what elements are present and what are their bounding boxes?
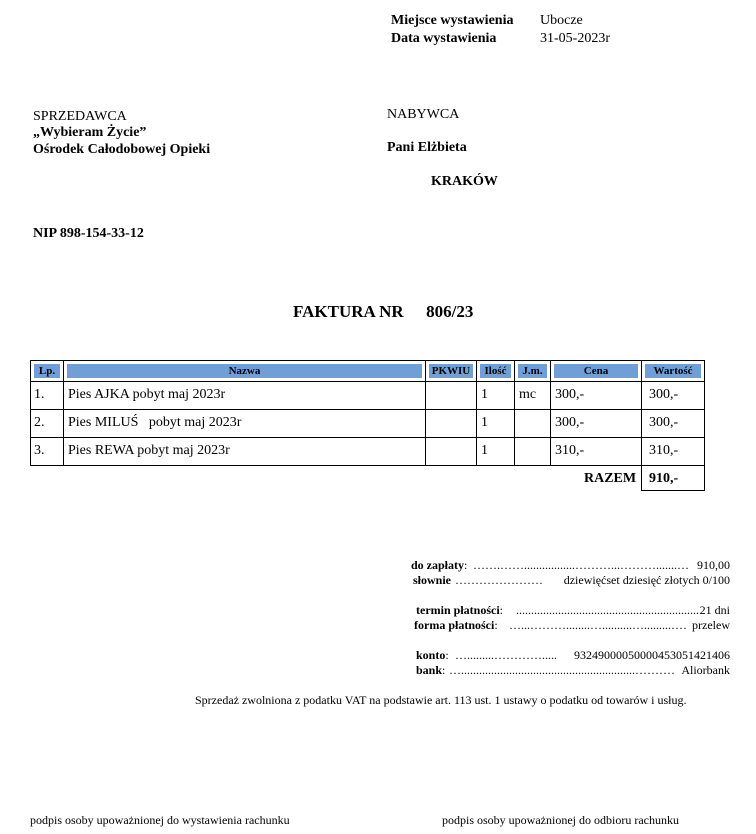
row2-lp: 2. <box>34 415 45 431</box>
total-border-bottom <box>641 490 705 491</box>
bank-label: bank <box>416 663 442 677</box>
invoice-title-label: FAKTURA NR <box>293 302 404 321</box>
table-row-divider <box>30 465 705 466</box>
header-jm: J.m. <box>518 364 547 378</box>
table-row-divider <box>30 437 705 438</box>
row1-unit: mc <box>519 387 536 403</box>
total-label: RAZEM <box>584 471 636 487</box>
row1-name: Pies AJKA pobyt maj 2023r <box>68 387 225 403</box>
table-border-right <box>704 360 705 491</box>
buyer-city: KRAKÓW <box>431 174 498 190</box>
seller-name-line1: „Wybieram Życie” <box>33 125 146 141</box>
row3-qty: 1 <box>481 443 488 459</box>
row1-price: 300,- <box>555 387 584 403</box>
dot-leader: ........................................… <box>516 603 700 618</box>
method-label: forma płatności <box>414 618 494 632</box>
row1-value: 300,- <box>649 387 678 403</box>
account-value: 93249000050000453051421406 <box>574 648 730 663</box>
account-row: konto: ….........…………...................… <box>416 648 730 663</box>
header-ilosc: Ilość <box>480 364 511 378</box>
vat-exemption-note: Sprzedaż zwolniona z podatku VAT na pods… <box>195 693 686 708</box>
row2-name: Pies MILUŚ pobyt maj 2023r <box>68 415 241 431</box>
place-label: Miejsce wystawienia <box>391 13 513 29</box>
words-row: słownie………………………....... dziewięćset dzie… <box>413 573 730 588</box>
row3-name: Pies REWA pobyt maj 2023r <box>68 443 230 459</box>
seller-name-line2: Ośrodek Całodobowej Opieki <box>33 142 210 158</box>
row2-value: 300,- <box>649 415 678 431</box>
date-value: 31-05-2023r <box>540 31 610 47</box>
term-row: termin płatności: ......................… <box>416 603 730 618</box>
place-value: Ubocze <box>540 13 583 29</box>
seller-nip: NIP 898-154-33-12 <box>33 226 144 242</box>
header-nazwa: Nazwa <box>67 364 422 378</box>
column-divider <box>514 360 515 466</box>
table-row-divider <box>30 409 705 410</box>
seller-heading: SPRZEDAWCA <box>33 109 127 125</box>
receiver-signature-label: podpis osoby upoważnionej do odbioru rac… <box>442 813 679 828</box>
words-value: dziewięćset dziesięć złotych 0/100 <box>564 573 730 588</box>
header-pkwiu: PKWIU <box>429 364 473 378</box>
column-divider <box>425 360 426 466</box>
method-row: forma płatności: …...………........….......… <box>414 618 730 633</box>
header-cena: Cena <box>554 364 638 378</box>
table-border-left <box>30 360 31 466</box>
dot-leader: ….........…………....................... <box>455 648 556 663</box>
due-value: 910,00 <box>697 558 730 573</box>
total-value: 910,- <box>649 471 678 487</box>
issuer-signature-label: podpis osoby upoważnionej do wystawienia… <box>30 813 290 828</box>
row1-lp: 1. <box>34 387 45 403</box>
column-divider <box>550 360 551 466</box>
row1-qty: 1 <box>481 387 488 403</box>
dot-leader: ………………………....... <box>455 573 544 588</box>
bank-value: Aliorbank <box>681 663 730 678</box>
due-label: do zapłaty <box>411 558 464 572</box>
column-divider <box>476 360 477 466</box>
bank-row: bank: ….................................… <box>416 663 730 678</box>
term-label: termin płatności <box>416 603 500 617</box>
column-divider <box>641 360 642 491</box>
invoice-number: 806/23 <box>426 302 473 321</box>
date-label: Data wystawienia <box>391 31 496 47</box>
row3-value: 310,- <box>649 443 678 459</box>
column-divider <box>63 360 64 466</box>
due-row: do zapłaty: …….…….................………...… <box>411 558 730 573</box>
header-wartosc: Wartość <box>645 364 701 378</box>
table-header-divider <box>30 381 705 382</box>
invoice-title: FAKTURA NR 806/23 <box>293 302 473 322</box>
row3-lp: 3. <box>34 443 45 459</box>
table-border-top <box>30 360 705 361</box>
account-label: konto <box>416 648 445 662</box>
header-lp: Lp. <box>34 364 60 378</box>
dot-leader: …….…….................………...……….......… <box>473 558 694 573</box>
row3-price: 310,- <box>555 443 584 459</box>
row2-qty: 1 <box>481 415 488 431</box>
dot-leader: ….......................................… <box>449 663 675 678</box>
row2-price: 300,- <box>555 415 584 431</box>
buyer-heading: NABYWCA <box>387 107 459 123</box>
buyer-name: Pani Elżbieta <box>387 140 467 156</box>
dot-leader: …...………........…..........….........………… <box>509 618 687 633</box>
words-label: słownie <box>413 573 451 587</box>
method-value: przelew <box>692 618 730 633</box>
term-value: 21 dni <box>700 603 730 618</box>
